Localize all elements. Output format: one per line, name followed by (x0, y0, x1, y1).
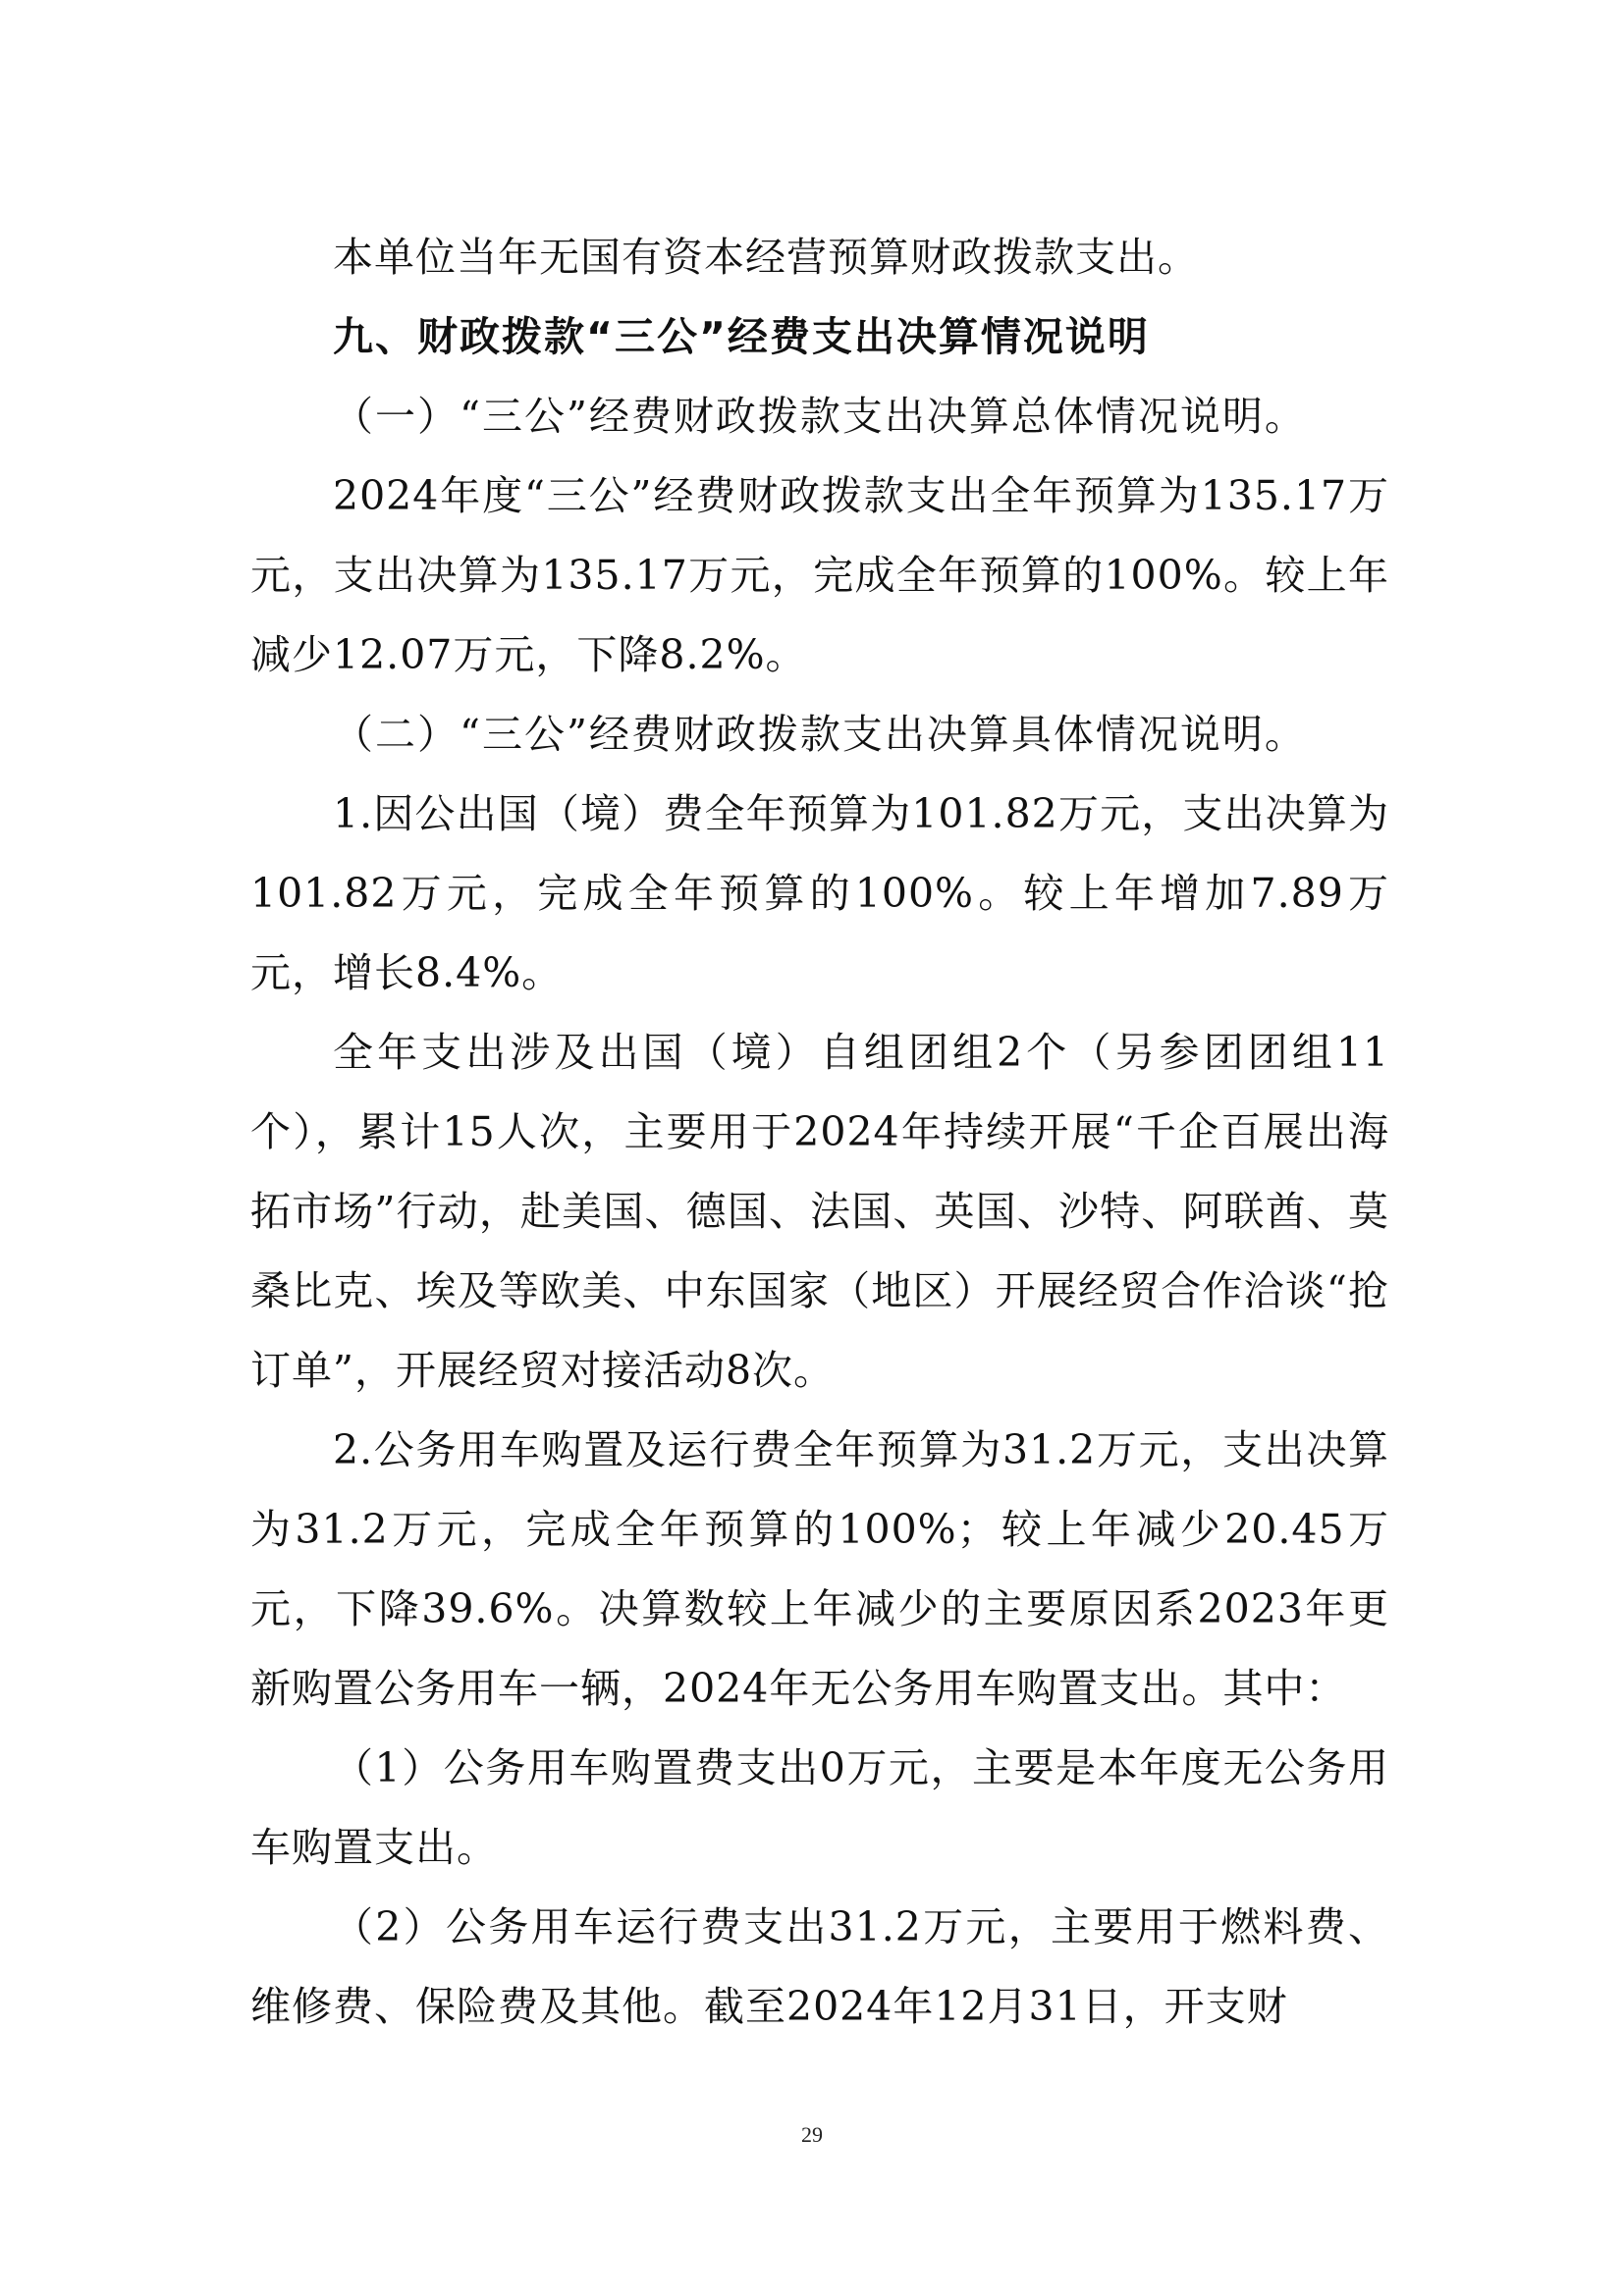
subheading-overall: （一）“三公”经费财政拨款支出决算总体情况说明。 (250, 377, 1389, 456)
paragraph-state-capital-statement: 本单位当年无国有资本经营预算财政拨款支出。 (250, 218, 1389, 297)
paragraph-overall-summary: 2024年度“三公”经费财政拨款支出全年预算为135.17万元，支出决算为135… (250, 456, 1389, 695)
paragraph-vehicle-operation: （2）公务用车运行费支出31.2万元，主要用于燃料费、维修费、保险费及其他。截至… (250, 1888, 1389, 2047)
page-number: 29 (0, 2122, 1624, 2148)
section-heading-nine: 九、财政拨款“三公”经费支出决算情况说明 (250, 297, 1389, 377)
document-page-body: 本单位当年无国有资本经营预算财政拨款支出。 九、财政拨款“三公”经费支出决算情况… (250, 218, 1389, 2047)
paragraph-vehicle-costs: 2.公务用车购置及运行费全年预算为31.2万元，支出决算为31.2万元，完成全年… (250, 1411, 1389, 1729)
paragraph-overseas-groups: 全年支出涉及出国（境）自组团组2个（另参团团组11个），累计15人次，主要用于2… (250, 1013, 1389, 1411)
subheading-details: （二）“三公”经费财政拨款支出决算具体情况说明。 (250, 695, 1389, 774)
paragraph-vehicle-purchase: （1）公务用车购置费支出0万元，主要是本年度无公务用车购置支出。 (250, 1729, 1389, 1888)
paragraph-overseas-travel: 1.因公出国（境）费全年预算为101.82万元，支出决算为101.82万元，完成… (250, 774, 1389, 1013)
